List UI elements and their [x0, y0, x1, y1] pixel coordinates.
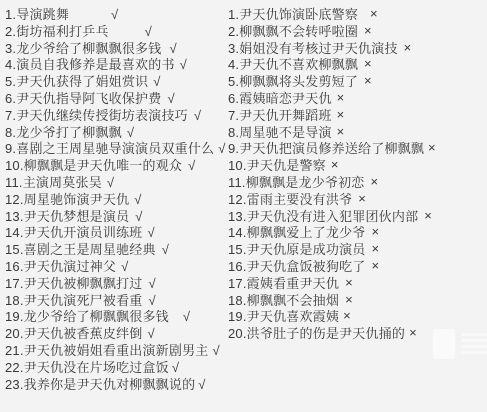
list-item: 3.龙少爷给了柳飘飘很多钱√: [5, 41, 227, 58]
cross-mark: ×: [337, 124, 345, 141]
list-item: 20.洪爷肚子的伤是尹天仇捅的×: [228, 326, 487, 343]
check-mark: √: [188, 158, 195, 175]
line-text: 15.尹天仇原是成功演员: [228, 242, 365, 259]
line-text: 2.街坊福利打乒乓: [5, 24, 109, 41]
line-text: 16.尹天仇演过神父: [5, 259, 116, 276]
check-mark: √: [111, 7, 118, 24]
check-mark: √: [212, 343, 219, 360]
cross-mark: ×: [364, 56, 372, 73]
list-item: 4.演员自我修养是最喜欢的书√: [5, 57, 227, 74]
line-text: 7.尹天仇开舞蹈班: [228, 108, 332, 125]
cross-mark: ×: [337, 90, 345, 107]
line-text: 18.柳飘飘不会抽烟: [228, 293, 339, 310]
cross-mark: ×: [370, 6, 378, 23]
line-text: 5.尹天仇获得了娟姐赏识: [5, 74, 148, 91]
line-text: 1.导演跳舞: [5, 7, 69, 24]
line-text: 14.尹天仇开演员训练班: [5, 225, 142, 242]
list-item: 1.导演跳舞√: [5, 7, 227, 24]
line-text: 9.喜剧之王周星驰导演演员双重什么: [5, 141, 214, 158]
line-text: 19.尹天仇喜欢霞姨: [228, 309, 339, 326]
line-text: 4.演员自我修养是最喜欢的书: [5, 57, 175, 74]
line-text: 14.柳飘飘爱上了龙少爷: [228, 225, 365, 242]
line-text: 22.尹天仇没在片场吃过盒饭: [5, 360, 169, 377]
check-mark: √: [107, 175, 114, 192]
cross-mark: ×: [404, 40, 412, 57]
cross-mark: ×: [364, 73, 372, 90]
line-text: 18.尹天仇演死尸被看重: [5, 293, 142, 310]
line-text: 7.尹天仇继续传授街坊表演技巧: [5, 108, 188, 125]
line-text: 17.霞姨看重尹天仇: [228, 276, 339, 293]
list-item: 15.喜剧之王是周星驰经典√: [5, 242, 227, 259]
cross-mark: ×: [331, 157, 339, 174]
line-text: 2.柳飘飘不会转呼啦圈: [228, 24, 358, 41]
list-item: 19.尹天仇喜欢霞姨×: [228, 309, 487, 326]
list-item: 22.尹天仇没在片场吃过盒饭√: [5, 360, 227, 377]
cross-mark: ×: [424, 208, 432, 225]
list-item: 19.龙少爷给了柳飘飘很多钱√: [5, 309, 227, 326]
list-item: 11.主演周莫张吴√: [5, 175, 227, 192]
check-mark: √: [147, 326, 154, 343]
list-item: 17.尹天仇被柳飘飘打过√: [5, 276, 227, 293]
line-text: 20.洪爷肚子的伤是尹天仇捅的: [228, 326, 405, 343]
check-mark: √: [148, 276, 155, 293]
cross-mark: ×: [358, 191, 366, 208]
check-mark: √: [180, 57, 187, 74]
line-text: 17.尹天仇被柳飘飘打过: [5, 276, 142, 293]
check-mark: √: [198, 377, 205, 394]
line-text: 21.尹天仇被娟姐看重出演新剧男主: [5, 343, 208, 360]
line-text: 10.柳飘飘是尹天仇唯一的观众: [5, 158, 182, 175]
list-item: 21.尹天仇被娟姐看重出演新剧男主√: [5, 343, 227, 360]
list-item: 14.尹天仇开演员训练班√: [5, 225, 227, 242]
line-text: 12.周星驰饰演尹天仇: [5, 192, 129, 209]
line-text: 6.霞姨暗恋尹天仇: [228, 91, 332, 108]
check-mark: √: [194, 108, 201, 125]
line-text: 9.尹天仇把演员修养送给了柳飘飘: [228, 141, 424, 158]
list-item: 6.霞姨暗恋尹天仇×: [228, 91, 487, 108]
list-item: 13.尹天仇没有进入犯罪团伙内部×: [228, 209, 487, 226]
list-item: 2.柳飘飘不会转呼啦圈×: [228, 24, 487, 41]
list-item: 7.尹天仇开舞蹈班×: [228, 108, 487, 125]
line-text: 16.尹天仇盒饭被狗吃了: [228, 259, 365, 276]
check-mark: √: [172, 360, 179, 377]
cross-mark: ×: [371, 174, 379, 191]
line-text: 4.尹天仇不喜欢柳飘飘: [228, 57, 358, 74]
line-text: 5.柳飘飘将头发剪短了: [228, 74, 358, 91]
check-mark: √: [167, 91, 174, 108]
line-text: 23.我养你是尹天仇对柳飘飘说的: [5, 377, 195, 394]
list-item: 12.周星驰饰演尹天仇√: [5, 192, 227, 209]
list-item: 5.柳飘飘将头发剪短了×: [228, 74, 487, 91]
check-mark: √: [127, 125, 134, 142]
cross-mark: ×: [345, 275, 353, 292]
line-text: 13.尹天仇梦想是演员: [5, 209, 129, 226]
line-text: 20.尹天仇被香蕉皮绊倒: [5, 326, 142, 343]
list-item: 6.尹天仇指导阿飞收保护费√: [5, 91, 227, 108]
right-column: 1.尹天仇饰演卧底警察×2.柳飘飘不会转呼啦圈×3.娟姐没有考核过尹天仇演技×4…: [228, 7, 487, 343]
cross-mark: ×: [371, 258, 379, 275]
list-item: 5.尹天仇获得了娟姐赏识√: [5, 74, 227, 91]
check-mark: √: [145, 24, 152, 41]
check-mark: √: [121, 259, 128, 276]
list-item: 13.尹天仇梦想是演员√: [5, 209, 227, 226]
list-item: 3.娟姐没有考核过尹天仇演技×: [228, 41, 487, 58]
list-item: 2.街坊福利打乒乓√: [5, 24, 227, 41]
list-item: 17.霞姨看重尹天仇×: [228, 276, 487, 293]
list-item: 16.尹天仇演过神父√: [5, 259, 227, 276]
cross-mark: ×: [428, 140, 436, 157]
list-item: 9.尹天仇把演员修养送给了柳飘飘×: [228, 141, 487, 158]
document-page: 1.导演跳舞√2.街坊福利打乒乓√3.龙少爷给了柳飘飘很多钱√4.演员自我修养是…: [0, 0, 487, 412]
cross-mark: ×: [371, 224, 379, 241]
list-item: 1.尹天仇饰演卧底警察×: [228, 7, 487, 24]
list-item: 11.柳飘飘是龙少爷初恋×: [228, 175, 487, 192]
check-mark: √: [218, 141, 225, 158]
cross-mark: ×: [345, 292, 353, 309]
cross-mark: ×: [343, 308, 351, 325]
list-item: 14.柳飘飘爱上了龙少爷×: [228, 225, 487, 242]
check-mark: √: [183, 309, 190, 326]
list-item: 18.尹天仇演死尸被看重√: [5, 293, 227, 310]
list-item: 4.尹天仇不喜欢柳飘飘×: [228, 57, 487, 74]
line-text: 3.龙少爷给了柳飘飘很多钱: [5, 41, 161, 58]
line-text: 11.主演周莫张吴: [5, 175, 102, 192]
list-item: 9.喜剧之王周星驰导演演员双重什么√: [5, 141, 227, 158]
left-column: 1.导演跳舞√2.街坊福利打乒乓√3.龙少爷给了柳飘飘很多钱√4.演员自我修养是…: [5, 7, 227, 393]
list-item: 20.尹天仇被香蕉皮绊倒√: [5, 326, 227, 343]
line-text: 15.喜剧之王是周星驰经典: [5, 242, 156, 259]
list-item: 18.柳飘飘不会抽烟×: [228, 293, 487, 310]
check-mark: √: [147, 225, 154, 242]
cross-mark: ×: [364, 23, 372, 40]
check-mark: √: [153, 74, 160, 91]
check-mark: √: [135, 209, 142, 226]
check-mark: √: [148, 293, 155, 310]
list-item: 10.柳飘飘是尹天仇唯一的观众√: [5, 158, 227, 175]
list-item: 8.周星驰不是导演×: [228, 125, 487, 142]
line-text: 8.龙少爷打了柳飘飘: [5, 125, 122, 142]
line-text: 19.龙少爷给了柳飘飘很多钱: [5, 309, 169, 326]
list-item: 16.尹天仇盒饭被狗吃了×: [228, 259, 487, 276]
list-item: 8.龙少爷打了柳飘飘√: [5, 125, 227, 142]
line-text: 10.尹天仇是警察: [228, 158, 326, 175]
line-text: 1.尹天仇饰演卧底警察: [228, 7, 358, 24]
cross-mark: ×: [371, 241, 379, 258]
list-item: 10.尹天仇是警察×: [228, 158, 487, 175]
line-text: 8.周星驰不是导演: [228, 125, 332, 142]
check-mark: √: [134, 192, 141, 209]
cross-mark: ×: [337, 107, 345, 124]
line-text: 3.娟姐没有考核过尹天仇演技: [228, 41, 398, 58]
line-text: 11.柳飘飘是龙少爷初恋: [228, 175, 365, 192]
list-item: 7.尹天仇继续传授街坊表演技巧√: [5, 108, 227, 125]
cross-mark: ×: [409, 325, 417, 342]
line-text: 6.尹天仇指导阿飞收保护费: [5, 91, 161, 108]
line-text: 13.尹天仇没有进入犯罪团伙内部: [228, 209, 418, 226]
list-item: 15.尹天仇原是成功演员×: [228, 242, 487, 259]
check-mark: √: [162, 242, 169, 259]
list-item: 12.雷雨主要没有洪爷×: [228, 192, 487, 209]
list-item: 23.我养你是尹天仇对柳飘飘说的√: [5, 377, 227, 394]
line-text: 12.雷雨主要没有洪爷: [228, 192, 352, 209]
check-mark: √: [169, 41, 176, 58]
